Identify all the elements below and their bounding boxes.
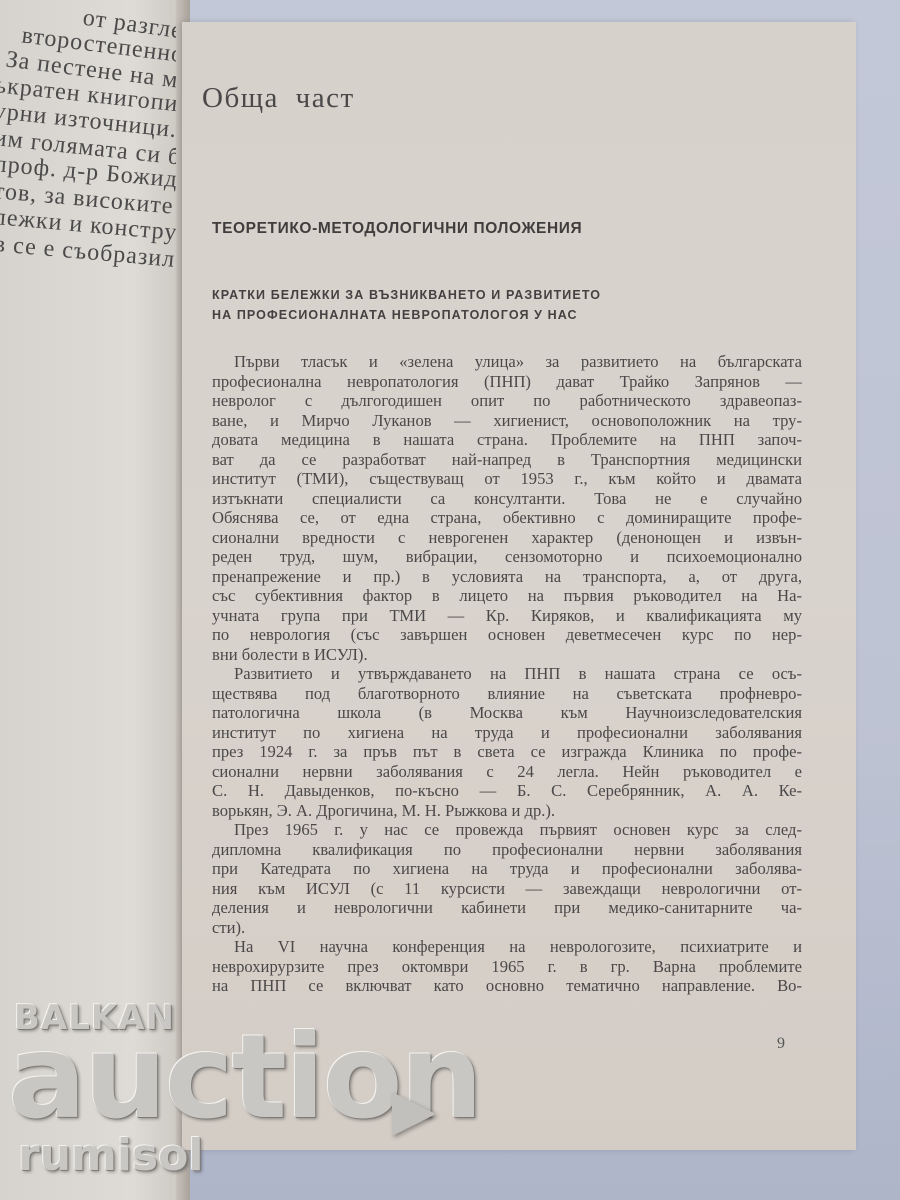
text-line: ществява под благотворното влияние на съ… <box>212 684 802 704</box>
text-line: дипломна квалификация по професионални н… <box>212 840 802 860</box>
text-line: сионални вредности с неврогенен характер… <box>212 528 802 548</box>
text-line: невролог с дългогодишен опит по работнич… <box>212 391 802 411</box>
subheading-line: КРАТКИ БЕЛЕЖКИ ЗА ВЪЗНИКВАНЕТО И РАЗВИТИ… <box>212 285 601 305</box>
subheading: КРАТКИ БЕЛЕЖКИ ЗА ВЪЗНИКВАНЕТО И РАЗВИТИ… <box>212 285 601 325</box>
paragraph: Развитието и утвърждаването на ПНП в наш… <box>212 664 802 820</box>
paragraph: На VI научна конференция на неврологозит… <box>212 937 802 996</box>
text-line: ния към ИСУЛ (с 11 курсисти — завеждащи … <box>212 879 802 899</box>
section-heading: ТЕОРЕТИКО-МЕТОДОЛОГИЧНИ ПОЛОЖЕНИЯ <box>212 220 582 238</box>
text-line: С. Н. Давыденков, по-късно — Б. С. Сереб… <box>212 781 802 801</box>
text-line: институт (ТМИ), съществуващ от 1953 г., … <box>212 469 802 489</box>
text-line: през 1924 г. за пръв път в света се изгр… <box>212 742 802 762</box>
watermark-rumisol: rumisol <box>18 1130 203 1181</box>
text-line: пренапрежение и пр.) в условията на тран… <box>212 567 802 587</box>
subheading-line: НА ПРОФЕСИОНАЛНАТА НЕВРОПАТОЛОГОЯ У НАС <box>212 305 601 325</box>
play-arrow-icon <box>392 1092 436 1136</box>
text-line: сионални нервни заболявания с 24 легла. … <box>212 762 802 782</box>
text-line: на ПНП се включват като основно тематичн… <box>212 976 802 996</box>
text-line: довата медицина в нашата страна. Проблем… <box>212 430 802 450</box>
text-line: институт по хигиена на труда и професион… <box>212 723 802 743</box>
text-line: ване, и Мирчо Луканов — хигиенист, основ… <box>212 411 802 431</box>
text-line: учната група при ТМИ — Кр. Киряков, и кв… <box>212 606 802 626</box>
left-page-text: от разглежд второстепенно зна За пестене… <box>0 0 190 257</box>
chapter-title: Обща част <box>202 82 355 115</box>
text-line: През 1965 г. у нас се провежда първият о… <box>212 820 802 840</box>
text-line: реден труд, шум, вибрации, сензомоторно … <box>212 547 802 567</box>
page-number: 9 <box>777 1035 785 1053</box>
paragraph: През 1965 г. у нас се провежда първият о… <box>212 820 802 937</box>
text-line: сти). <box>212 918 802 938</box>
text-line: На VI научна конференция на неврологозит… <box>212 937 802 957</box>
text-line: неврохирурзите през октомври 1965 г. в г… <box>212 957 802 977</box>
body-text: Първи тласък и «зелена улица» за развити… <box>212 352 802 996</box>
text-line: по неврология (със завършен основен деве… <box>212 625 802 645</box>
text-line: със субективния фактор в лицето на първи… <box>212 586 802 606</box>
book-page: Обща част ТЕОРЕТИКО-МЕТОДОЛОГИЧНИ ПОЛОЖЕ… <box>182 22 856 1150</box>
text-line: Първи тласък и «зелена улица» за развити… <box>212 352 802 372</box>
text-line: ворькян, Э. А. Дрогичина, М. Н. Рыжкова … <box>212 801 802 821</box>
text-line: професионална невропатология (ПНП) дават… <box>212 372 802 392</box>
paragraph: Първи тласък и «зелена улица» за развити… <box>212 352 802 664</box>
text-line: при Катедрата по хигиена на труда и проф… <box>212 859 802 879</box>
text-line: ват да се разработват най-напред в Транс… <box>212 450 802 470</box>
text-line: патологична школа (в Москва към Научноиз… <box>212 703 802 723</box>
text-line: изтъкнати специалисти са консултанти. То… <box>212 489 802 509</box>
text-line: деления и неврологични кабинети при меди… <box>212 898 802 918</box>
text-line: вни болести в ИСУЛ). <box>212 645 802 665</box>
text-line: Развитието и утвърждаването на ПНП в наш… <box>212 664 802 684</box>
text-line: Обяснява се, от една страна, обективно с… <box>212 508 802 528</box>
